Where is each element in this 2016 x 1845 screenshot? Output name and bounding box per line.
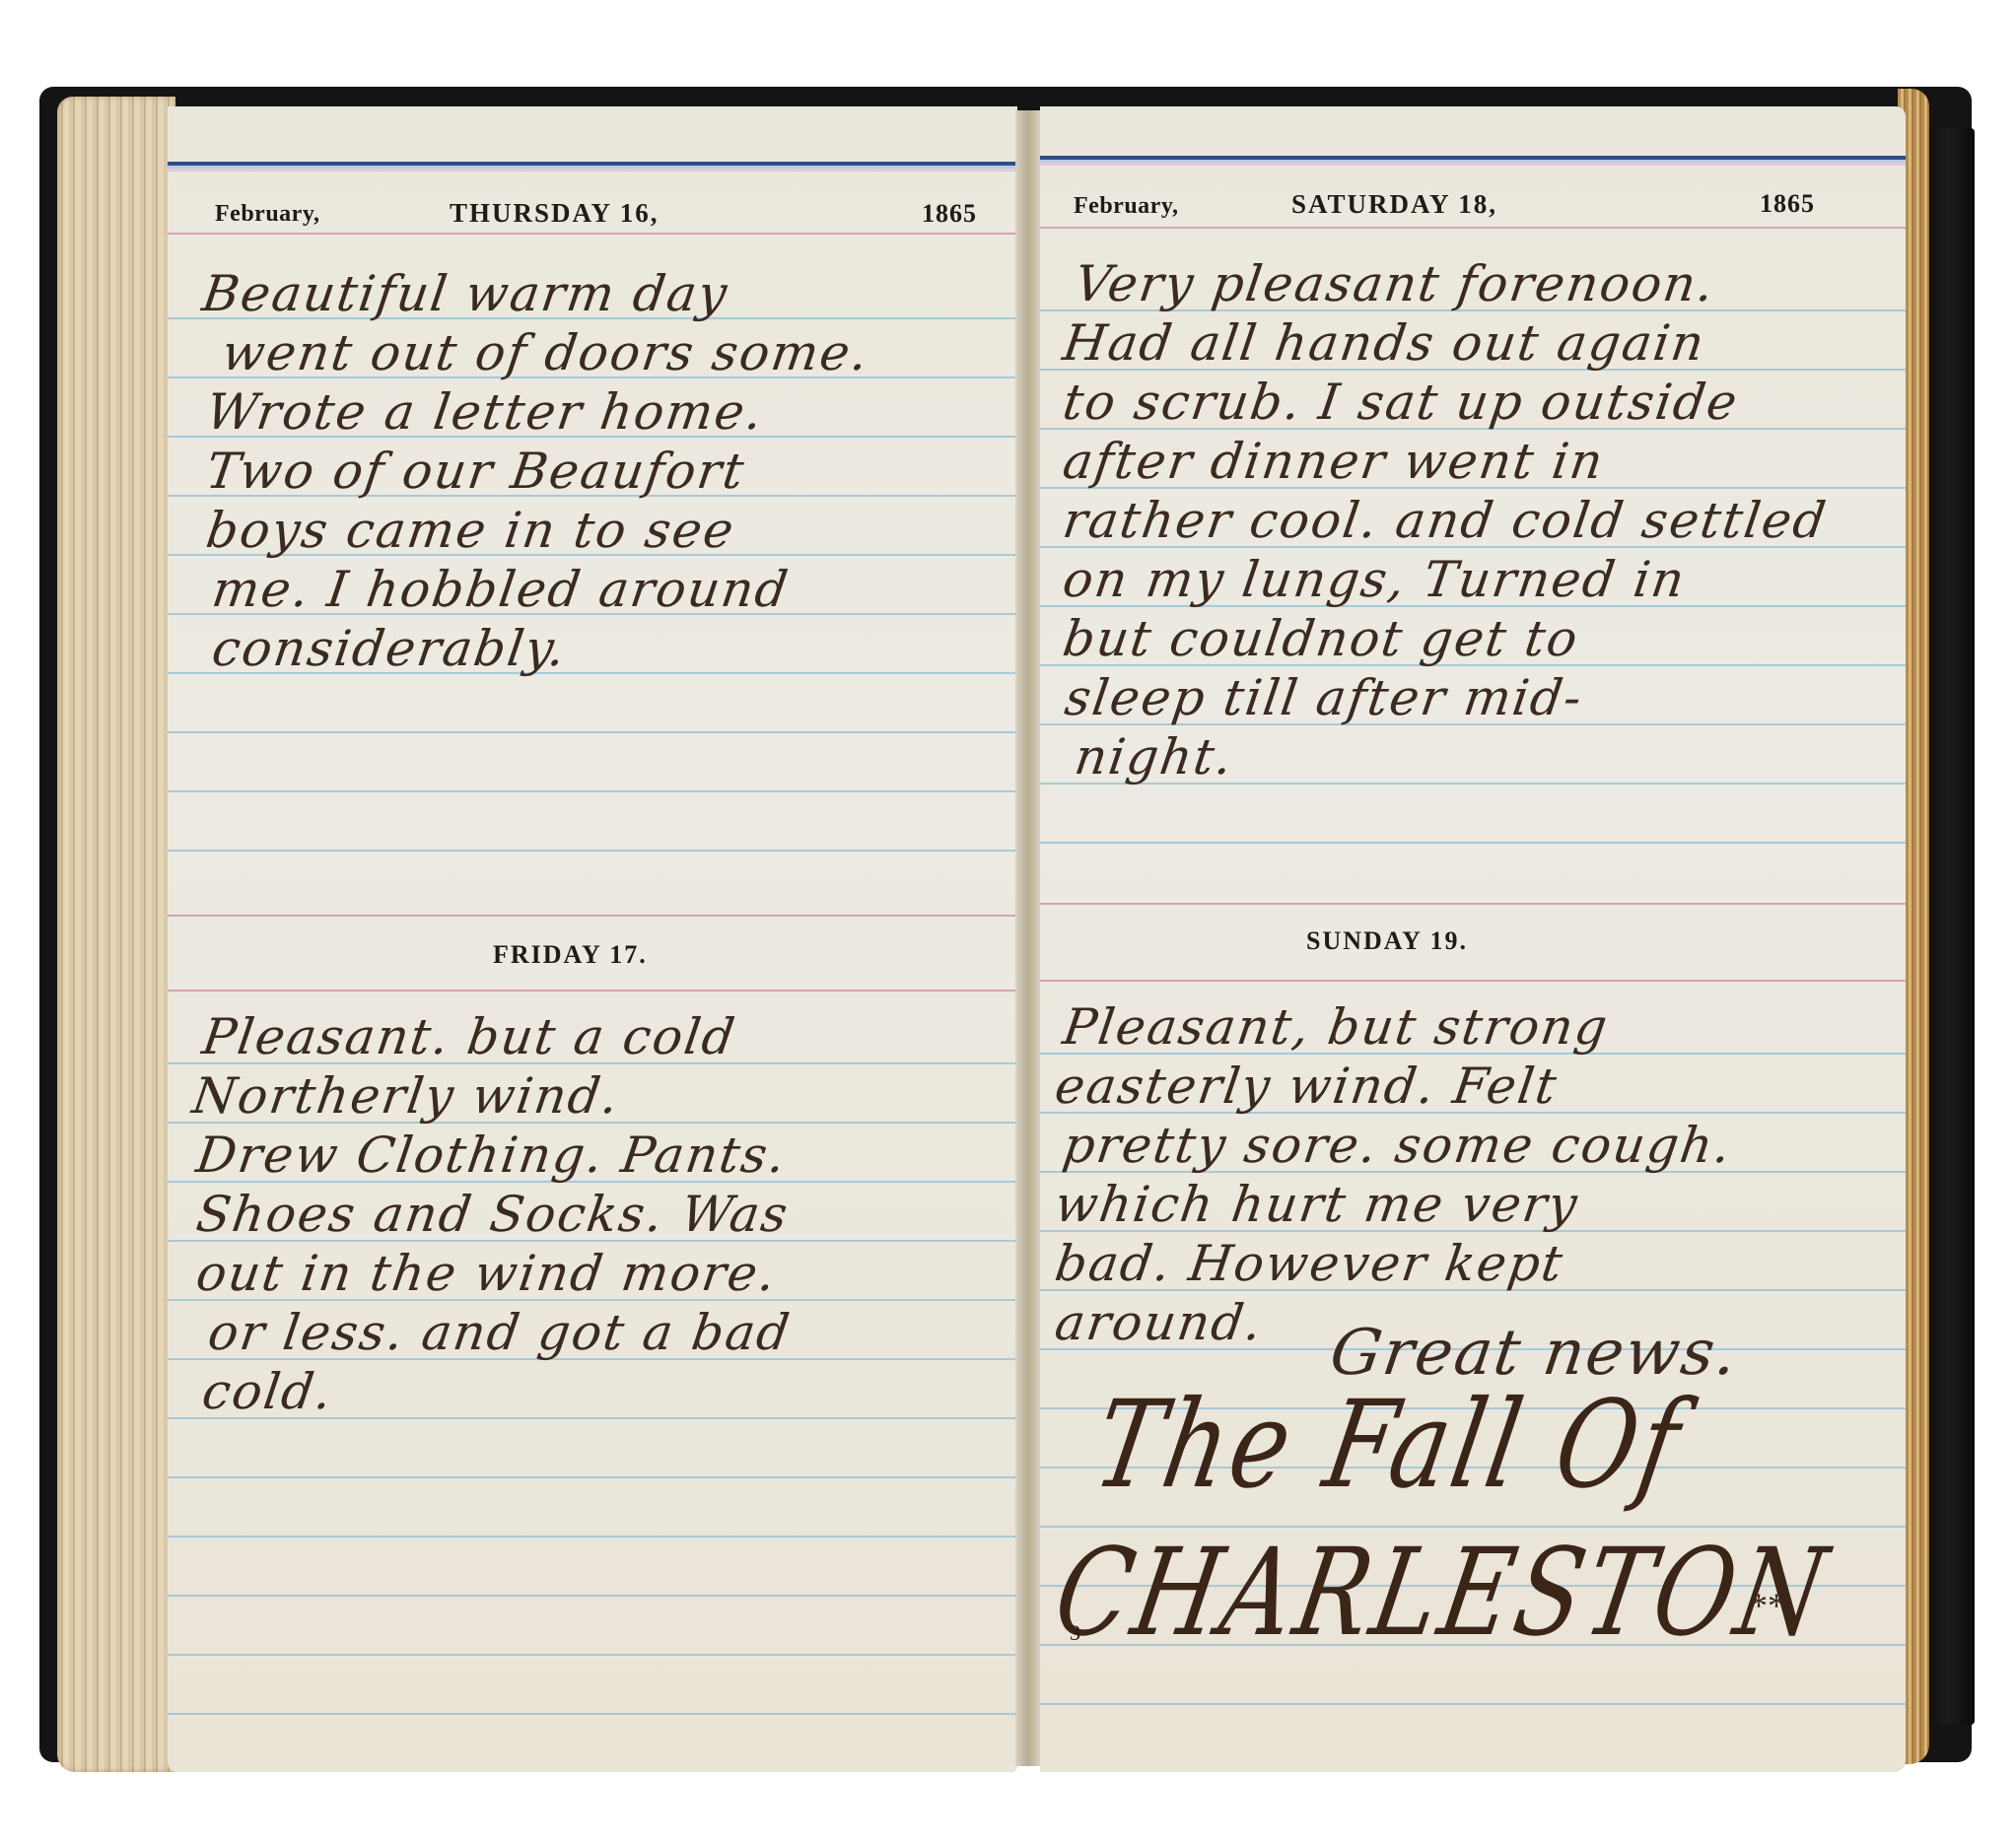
signature-mark: 3: [1070, 1620, 1081, 1646]
ruled-line: [168, 1476, 1017, 1478]
entry-line: to scrub. I sat up outside: [1060, 373, 1743, 432]
header-year: 1865: [1760, 189, 1815, 219]
right-page: February, SATURDAY 18, 1865 SUNDAY 19. V…: [1040, 106, 1906, 1772]
headline-stars: **: [1750, 1585, 1785, 1626]
day-divider-rule: [168, 915, 1017, 917]
ruled-line: [168, 731, 1017, 733]
ruled-line: [168, 1595, 1017, 1597]
headline-fall-of: The Fall Of: [1085, 1378, 1693, 1514]
top-double-rule: [168, 162, 1017, 166]
entry-line: rather cool. and cold settled: [1060, 491, 1832, 550]
day-heading-friday: FRIDAY 17.: [493, 940, 648, 970]
entry-line: me. I hobbled around: [209, 560, 794, 619]
day-heading-sunday: SUNDAY 19.: [1306, 926, 1468, 956]
left-page: February, THURSDAY 16, 1865 FRIDAY 17. B…: [168, 106, 1017, 1772]
entry-line: which hurt me very: [1052, 1175, 1583, 1234]
ruled-line: [168, 1654, 1017, 1656]
ruled-line: [168, 850, 1017, 852]
entry-line: boys came in to see: [203, 501, 739, 560]
entry-line: Northerly wind.: [189, 1066, 624, 1126]
top-double-rule: [1040, 156, 1906, 160]
book-cover-edge: [1927, 128, 1975, 1725]
entry-line: Pleasant. but a cold: [199, 1007, 740, 1066]
entry-line: on my lungs, Turned in: [1060, 550, 1690, 609]
entry-line: considerably.: [209, 619, 571, 678]
day-divider-rule: [1040, 980, 1906, 982]
entry-line: after dinner went in: [1060, 432, 1609, 491]
ruled-line: [1040, 842, 1906, 844]
header-weekday-date: THURSDAY 16,: [450, 198, 660, 229]
ruled-line: [168, 1536, 1017, 1537]
header-rule: [168, 233, 1017, 235]
header-month: February,: [1074, 193, 1179, 220]
ruled-line: [168, 1713, 1017, 1715]
header-weekday-date: SATURDAY 18,: [1291, 189, 1497, 220]
entry-line: Wrote a letter home.: [203, 382, 768, 442]
entry-line: easterly wind. Felt: [1052, 1057, 1563, 1116]
header-month: February,: [215, 201, 320, 228]
entry-line: Shoes and Socks. Was: [193, 1185, 794, 1244]
day-divider-rule: [168, 990, 1017, 991]
entry-line: Had all hands out again: [1060, 313, 1709, 373]
entry-line: out in the wind more.: [193, 1244, 781, 1303]
header-year: 1865: [922, 199, 977, 229]
entry-line: around.: [1052, 1293, 1268, 1352]
entry-line: night.: [1072, 727, 1238, 786]
entry-line: but couldnot get to: [1060, 609, 1583, 668]
ruled-line: [1040, 1703, 1906, 1705]
book-gutter: [1015, 110, 1043, 1766]
entry-line: bad. However kept: [1052, 1234, 1568, 1293]
entry-line: Very pleasant forenoon.: [1072, 254, 1719, 313]
entry-line: pretty sore. some cough.: [1060, 1116, 1736, 1175]
entry-line: or less. and got a bad: [205, 1303, 796, 1362]
open-diary: February, THURSDAY 16, 1865 FRIDAY 17. B…: [0, 0, 2016, 1845]
day-divider-rule: [1040, 903, 1906, 905]
headline-charleston: CHARLESTON: [1046, 1526, 1839, 1662]
entry-line: Two of our Beaufort: [203, 442, 749, 501]
entry-line: Drew Clothing. Pants.: [193, 1126, 791, 1185]
entry-line: went out of doors some.: [219, 323, 873, 382]
page-stack-left: [57, 97, 175, 1772]
entry-line: Beautiful warm day: [199, 264, 732, 323]
header-rule: [1040, 227, 1906, 229]
entry-line: cold.: [199, 1362, 337, 1421]
entry-line: Pleasant, but strong: [1060, 997, 1613, 1057]
ruled-line: [168, 790, 1017, 792]
entry-line: sleep till after mid-: [1062, 668, 1587, 727]
